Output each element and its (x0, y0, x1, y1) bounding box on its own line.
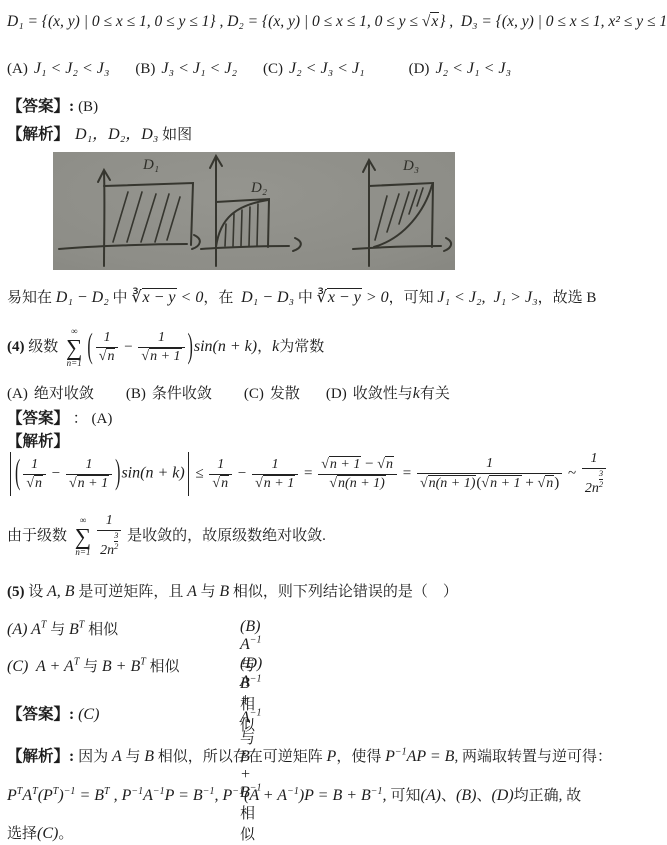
sqrt-n-plus-1: n + 1 (481, 475, 521, 491)
equals-operator: = (399, 466, 415, 482)
left-paren: ( (86, 328, 93, 368)
k-variable: k (413, 385, 420, 402)
text-run: ，使得 (336, 749, 385, 765)
sin-term: sin(n + k) (194, 338, 257, 355)
minus-operator: − (120, 339, 136, 355)
denominator: n + 1 (252, 474, 298, 493)
text-run: 是收敛的，故原级数绝对收敛. (123, 528, 326, 544)
text-run: 选择 (7, 826, 37, 842)
math-run: A, B (47, 583, 75, 600)
cube-root-radicand: x − y (142, 288, 177, 306)
radicand: n (220, 475, 229, 491)
option-label: (A) (7, 621, 31, 638)
paren-a-plus: (A + A (244, 787, 287, 804)
abs-bar (188, 452, 189, 496)
option-label: (A) (7, 61, 28, 77)
two-n: 2n (100, 543, 114, 558)
defs-part2: } , D₃ = {(x, y) | 0 ≤ x ≤ 1, x² ≤ y ≤ 1… (439, 13, 667, 30)
radicand: n (545, 475, 554, 491)
sum-a-at: A + A (36, 658, 74, 675)
inverse-sup: −1 (250, 635, 262, 646)
q4-option-b: (B)条件收敛 (126, 385, 212, 402)
exam-solution-page: D₁ = {(x, y) | 0 ≤ x ≤ 1, 0 ≤ y ≤ 1} , D… (0, 0, 667, 845)
answer-value: (A) (92, 411, 113, 427)
option-label: (C) (263, 61, 283, 77)
equals-operator: = (300, 466, 316, 482)
d1-square (104, 183, 193, 245)
matrix-a: A (31, 621, 41, 638)
text-run: , 两端取转置与逆可得： (454, 749, 612, 765)
numerator: 1 (252, 456, 298, 474)
d2-x-axis (201, 246, 289, 249)
minus-operator: − (234, 466, 250, 482)
q4-options-row: (A)绝对收敛(B)条件收敛(C)发散(D)收敛性与k有关 (7, 382, 476, 403)
option-label: (D) (240, 655, 266, 672)
sqrt-x-radicand: x (430, 12, 439, 30)
fraction-1-over-sqrt-n1: 1n + 1 (252, 456, 298, 493)
left-paren: ( (14, 454, 21, 494)
radicand: n + 1 (263, 475, 295, 491)
sqrt-n-plus-1: n + 1 (321, 456, 361, 472)
q4-inequality-line: (1n − 1n + 1)sin(n + k) ≤ 1n − 1n + 1 = … (7, 450, 608, 498)
matrix-b: B (69, 621, 79, 638)
figure-d2-label: D₂ (250, 180, 267, 196)
option-text: J₂ < J₁ < J₃ (435, 60, 511, 77)
right-paren: ) (554, 475, 559, 491)
q3-option-d: (D)J₂ < J₁ < J₃ (409, 60, 511, 77)
option-text: J₂ < J₃ < J₁ (289, 60, 365, 77)
q4-title-line: (4) 级数 ∞∑n=1(1n − 1n + 1)sin(n + k)，k为常数 (7, 327, 324, 368)
comma-sep: , (383, 787, 391, 804)
le-operator: ≤ (192, 466, 208, 482)
option-label: (D) (326, 386, 347, 402)
text-run: 由于级数 (7, 528, 71, 544)
analysis-label: 【解析】 (7, 433, 69, 450)
text-run: 设 (25, 584, 48, 600)
d1-x-axis (59, 244, 187, 249)
math-run: < 0 (177, 289, 204, 306)
q3-definition-line: D₁ = {(x, y) | 0 ≤ x ≤ 1, 0 ≤ y ≤ 1} , D… (7, 13, 667, 31)
summation: ∞∑n=1 (66, 327, 82, 368)
answer-label: 【答案】 (7, 410, 69, 427)
analysis-figure-photo: D₁ D₂ D₃ (53, 152, 455, 270)
analysis-label: 【解析】 (7, 126, 69, 143)
inverse-sup: −1 (250, 708, 262, 719)
matrix-a: A (240, 636, 250, 653)
math-run: A (187, 583, 197, 600)
fraction-diff-roots: n + 1 − nn(n + 1) (318, 455, 397, 494)
fraction-1-over-sqrt-n: 1n (23, 456, 46, 493)
text-run: ，在 (203, 290, 237, 306)
figure-strokes (59, 156, 451, 266)
right-paren: ) (187, 328, 194, 368)
d2-x-arrow (293, 238, 301, 251)
inverse-sup: −1 (131, 786, 143, 797)
sep-p: , P (214, 787, 232, 804)
text-run: 相似 (84, 622, 118, 638)
text-run: 因为 (78, 749, 112, 765)
q3-option-b: (B)J₃ < J₁ < J₂ (135, 60, 237, 77)
fraction-1-over-product: 1n(n + 1)(n + 1 + n) (417, 455, 562, 494)
q5-title-line: (5) 设 A, B 是可逆矩阵，且 A 与 B 相似，则下列结论错误的是（ ） (7, 580, 458, 601)
q5-option-c: (C) A + AT 与 B + BT 相似 (7, 658, 180, 675)
summation: ∞∑n=1 (75, 516, 91, 557)
matrix-a: A (22, 787, 32, 804)
text-run: 均正确, 故 (514, 788, 582, 804)
text-run: 是可逆矩阵，且 (75, 584, 188, 600)
fraction-1-over-sqrt-n1: 1n + 1 (138, 329, 184, 366)
sqrt-n: n (538, 475, 555, 491)
inverse-sup: −1 (203, 786, 215, 797)
matrix-p: P (327, 748, 337, 765)
answer-colon: : (69, 98, 78, 115)
math-run: > 0 (362, 289, 389, 306)
inverse-sup: −1 (371, 786, 383, 797)
numerator: 1 (97, 512, 121, 530)
option-label: (B) (126, 386, 146, 402)
radicand: n + 1 (77, 475, 109, 491)
inverse-sup: −1 (153, 786, 165, 797)
d1-hatching (113, 192, 180, 242)
tilde-operator: ~ (564, 466, 580, 482)
text-run: 与 (122, 749, 145, 765)
numerator: 1 (138, 329, 184, 347)
radicand: n(n + 1) (337, 475, 386, 491)
q3-option-a: (A)J₁ < J₂ < J₃ (7, 60, 109, 77)
matrix-a: A (112, 748, 122, 765)
exp-denominator: 2 (599, 479, 603, 489)
q4-option-a: (A)绝对收敛 (7, 385, 94, 402)
numerator: 1 (209, 456, 232, 474)
fraction-1-over-sqrt-n: 1n (209, 456, 232, 493)
sin-term: sin(n + k) (121, 465, 184, 482)
text-run: 相似 (146, 659, 180, 675)
paren-p: (P (38, 787, 53, 804)
option-text-pre: 收敛性与 (353, 386, 413, 402)
sqrt-n: n (99, 348, 116, 364)
matrix-b: B (144, 748, 154, 765)
option-text: 发散 (270, 386, 300, 402)
text-run: 为常数 (279, 339, 324, 355)
exponent-3-2: 32 (599, 469, 603, 489)
q5-answer-line: 【答案】: (C) (7, 702, 99, 724)
denominator: 2n32 (582, 468, 606, 498)
answer-value: (B) (78, 99, 98, 115)
chosen-option: (C) (37, 825, 58, 842)
radicand: n + 1 (329, 456, 361, 472)
sqrt-x: x (422, 12, 439, 30)
answer-colon: : (69, 706, 78, 723)
defs-part1: D₁ = {(x, y) | 0 ≤ x ≤ 1, 0 ≤ y ≤ 1} , D… (7, 13, 422, 30)
option-label: (C) (7, 658, 36, 675)
option-label: (C) (244, 386, 264, 402)
sqrt-n: n (377, 456, 394, 472)
figure-d3-label: D₃ (402, 158, 419, 174)
abs-bar (10, 452, 11, 496)
text-run: 相似，则下列结论错误的是（ ） (229, 584, 458, 600)
text-run: 与 (79, 659, 102, 675)
text-run: 中 (109, 290, 132, 306)
answer-label: 【答案】 (7, 706, 69, 723)
text-run: ，可知 (389, 290, 438, 306)
q4-option-d: (D)收敛性与k有关 (326, 385, 450, 402)
eq-binv: P = B (165, 787, 203, 804)
q3-option-c: (C)J₂ < J₃ < J₁ (263, 60, 365, 77)
minus-operator: − (48, 466, 64, 482)
right-paren: ) (114, 454, 121, 494)
sigma-symbol: ∑ (66, 336, 82, 359)
analysis-label: 【解析】: (7, 748, 74, 765)
fraction-1-over-2n32: 12n32 (582, 450, 606, 498)
radicand: n (106, 348, 115, 364)
math-run: J₁ < J₂, J₁ > J₃ (437, 289, 537, 306)
numerator: 1 (417, 455, 562, 473)
denominator: n + 1 (66, 474, 112, 493)
matrix-p: P (385, 748, 395, 765)
d1-x-arrow (192, 235, 200, 249)
answer-colon: ： (69, 411, 92, 427)
inverse-sup: −1 (232, 786, 244, 797)
option-text: J₃ < J₁ < J₂ (161, 60, 237, 77)
answer-label: 【答案】 (7, 98, 69, 115)
sum-lower-limit: n=1 (75, 548, 91, 557)
option-label: (D) (409, 61, 430, 77)
option-text: 绝对收敛 (34, 386, 94, 402)
sum-b-bt: B + B (102, 658, 140, 675)
sqrt-n: n (26, 475, 43, 491)
q3-conclusion-line: 易知在 D₁ − D₂ 中 x − y < 0，在 D₁ − D₃ 中 x − … (7, 286, 596, 307)
figure-intro-text: 如图 (158, 127, 192, 143)
exp-denominator: 2 (114, 541, 118, 551)
q4-option-c: (C)发散 (244, 385, 300, 402)
matrix-a: A (143, 787, 153, 804)
text-run: ，故选 B (538, 290, 597, 306)
text-run: 级数 (25, 339, 63, 355)
answer-value: (C) (78, 706, 99, 723)
text-run: ， (257, 339, 272, 355)
figure-intro-math: D₁，D₂，D₃ (75, 126, 158, 143)
inverse-sup: −1 (64, 786, 76, 797)
d3-hatching (375, 188, 423, 240)
q5-equation-line: PTAT(PT)−1 = BT , P−1A−1P = B−1, P−1(A +… (7, 784, 581, 805)
cube-root-radicand: x − y (327, 288, 362, 306)
text-run: 易知在 (7, 290, 56, 306)
option-text: J₁ < J₂ < J₃ (34, 60, 110, 77)
option-label: (B) (135, 61, 155, 77)
denominator: n (96, 347, 119, 366)
denominator: n(n + 1) (318, 474, 397, 493)
q3-analysis-intro: 【解析】D₁，D₂，D₃ 如图 (7, 121, 192, 144)
q3-options-row: (A)J₁ < J₂ < J₃(B)J₃ < J₁ < J₂(C)J₂ < J₃… (7, 60, 537, 78)
sqrt-n-n-plus-1: n(n + 1) (329, 475, 385, 491)
numerator: 1 (582, 450, 606, 468)
eq-bt: = B (75, 787, 104, 804)
exp-numerator: 3 (114, 531, 118, 540)
numerator: 1 (96, 329, 119, 347)
minus-operator: − (361, 456, 377, 472)
cube-root: x − y (317, 288, 362, 306)
sum-lower-limit: n=1 (66, 359, 82, 368)
text-run: 。 (58, 826, 73, 842)
numerator: n + 1 − n (318, 455, 397, 475)
q5-options-row-ab: (A) AT 与 BT 相似(B) A−1 与 B−1 相似 (7, 618, 118, 639)
q5-option-a: (A) AT 与 BT 相似 (7, 621, 118, 638)
numerator: 1 (66, 456, 112, 474)
q5-analysis-line: 【解析】:因为 A 与 B 相似，所以存在可逆矩阵 P，使得 P−1AP = B… (7, 744, 612, 766)
sqrt-n-plus-1: n + 1 (69, 475, 109, 491)
radicand: n + 1 (149, 348, 181, 364)
cube-root: x − y (131, 288, 176, 306)
radicand: n (34, 475, 43, 491)
sqrt-n-n-plus-1: n(n + 1) (420, 475, 476, 491)
fraction-1-over-sqrt-n: 1n (96, 329, 119, 366)
math-run: D₁ − D₃ (237, 289, 294, 306)
plus-operator: + (522, 475, 538, 491)
q3-answer-line: 【答案】: (B) (7, 94, 98, 116)
d3-parabola-curve (374, 185, 432, 247)
radicand: n(n + 1) (428, 475, 477, 491)
sigma-symbol: ∑ (75, 525, 91, 548)
enum-comma: 、 (441, 788, 456, 804)
q4-series-conclusion: 由于级数 ∞∑n=112n32 是收敛的，故原级数绝对收敛. (7, 512, 326, 560)
exponent-3-2: 32 (114, 531, 118, 551)
text-run: 相似，所以存在可逆矩阵 (154, 749, 327, 765)
denominator: n (23, 474, 46, 493)
option-ref-b: (B) (456, 787, 476, 804)
text-run: 中 (294, 290, 317, 306)
two-n: 2n (585, 481, 599, 496)
inverse-sup: −1 (395, 747, 407, 758)
fraction-1-over-sqrt-n1: 1n + 1 (66, 456, 112, 493)
text-run: 可知 (391, 788, 421, 804)
denominator: n(n + 1)(n + 1 + n) (417, 473, 562, 494)
denominator: 2n32 (97, 530, 121, 560)
denominator: n (209, 474, 232, 493)
exp-numerator: 3 (599, 469, 603, 478)
figure-d1-label: D₁ (142, 157, 159, 173)
text-run: 与 (197, 584, 220, 600)
radicand: n (385, 456, 394, 472)
q4-analysis-label-line: 【解析】 (7, 429, 69, 451)
option-label: (A) (7, 386, 28, 402)
similarity-equation: AP = B (407, 748, 455, 765)
d2-hatching (225, 204, 258, 246)
option-text-post: 有关 (420, 386, 450, 402)
q5-options-row-cd: (C) A + AT 与 B + BT 相似(D) A + A−1 与 B + … (7, 655, 180, 676)
q5-final-line: 选择(C)。 (7, 822, 73, 843)
question-number: (5) (7, 584, 25, 600)
d3-x-axis (353, 246, 441, 249)
radicand: n + 1 (489, 475, 521, 491)
enum-comma: 、 (476, 788, 491, 804)
option-label: (B) (240, 618, 268, 635)
option-ref-d: (D) (491, 787, 513, 804)
sep-p: , P (110, 787, 132, 804)
inverse-sup: −1 (287, 786, 299, 797)
eq-b-plus: )P = B + B (299, 787, 371, 804)
text-run: 与 (46, 622, 69, 638)
math-run: D₁ − D₂ (56, 289, 109, 306)
sqrt-n: n (212, 475, 229, 491)
matrix-p: P (7, 787, 17, 804)
numerator: 1 (23, 456, 46, 474)
q4-answer-line: 【答案】 ： (A) (7, 406, 112, 428)
option-ref-a: (A) (421, 787, 441, 804)
d3-x-arrow (444, 238, 451, 251)
question-number: (4) (7, 339, 25, 355)
denominator: n + 1 (138, 347, 184, 366)
sqrt-n-plus-1: n + 1 (141, 348, 181, 364)
sqrt-n-plus-1: n + 1 (255, 475, 295, 491)
math-run: B (219, 583, 229, 600)
option-text: 条件收敛 (152, 386, 212, 402)
figure-sketch: D₁ D₂ D₃ (53, 152, 455, 270)
fraction-1-over-2n32: 12n32 (97, 512, 121, 560)
